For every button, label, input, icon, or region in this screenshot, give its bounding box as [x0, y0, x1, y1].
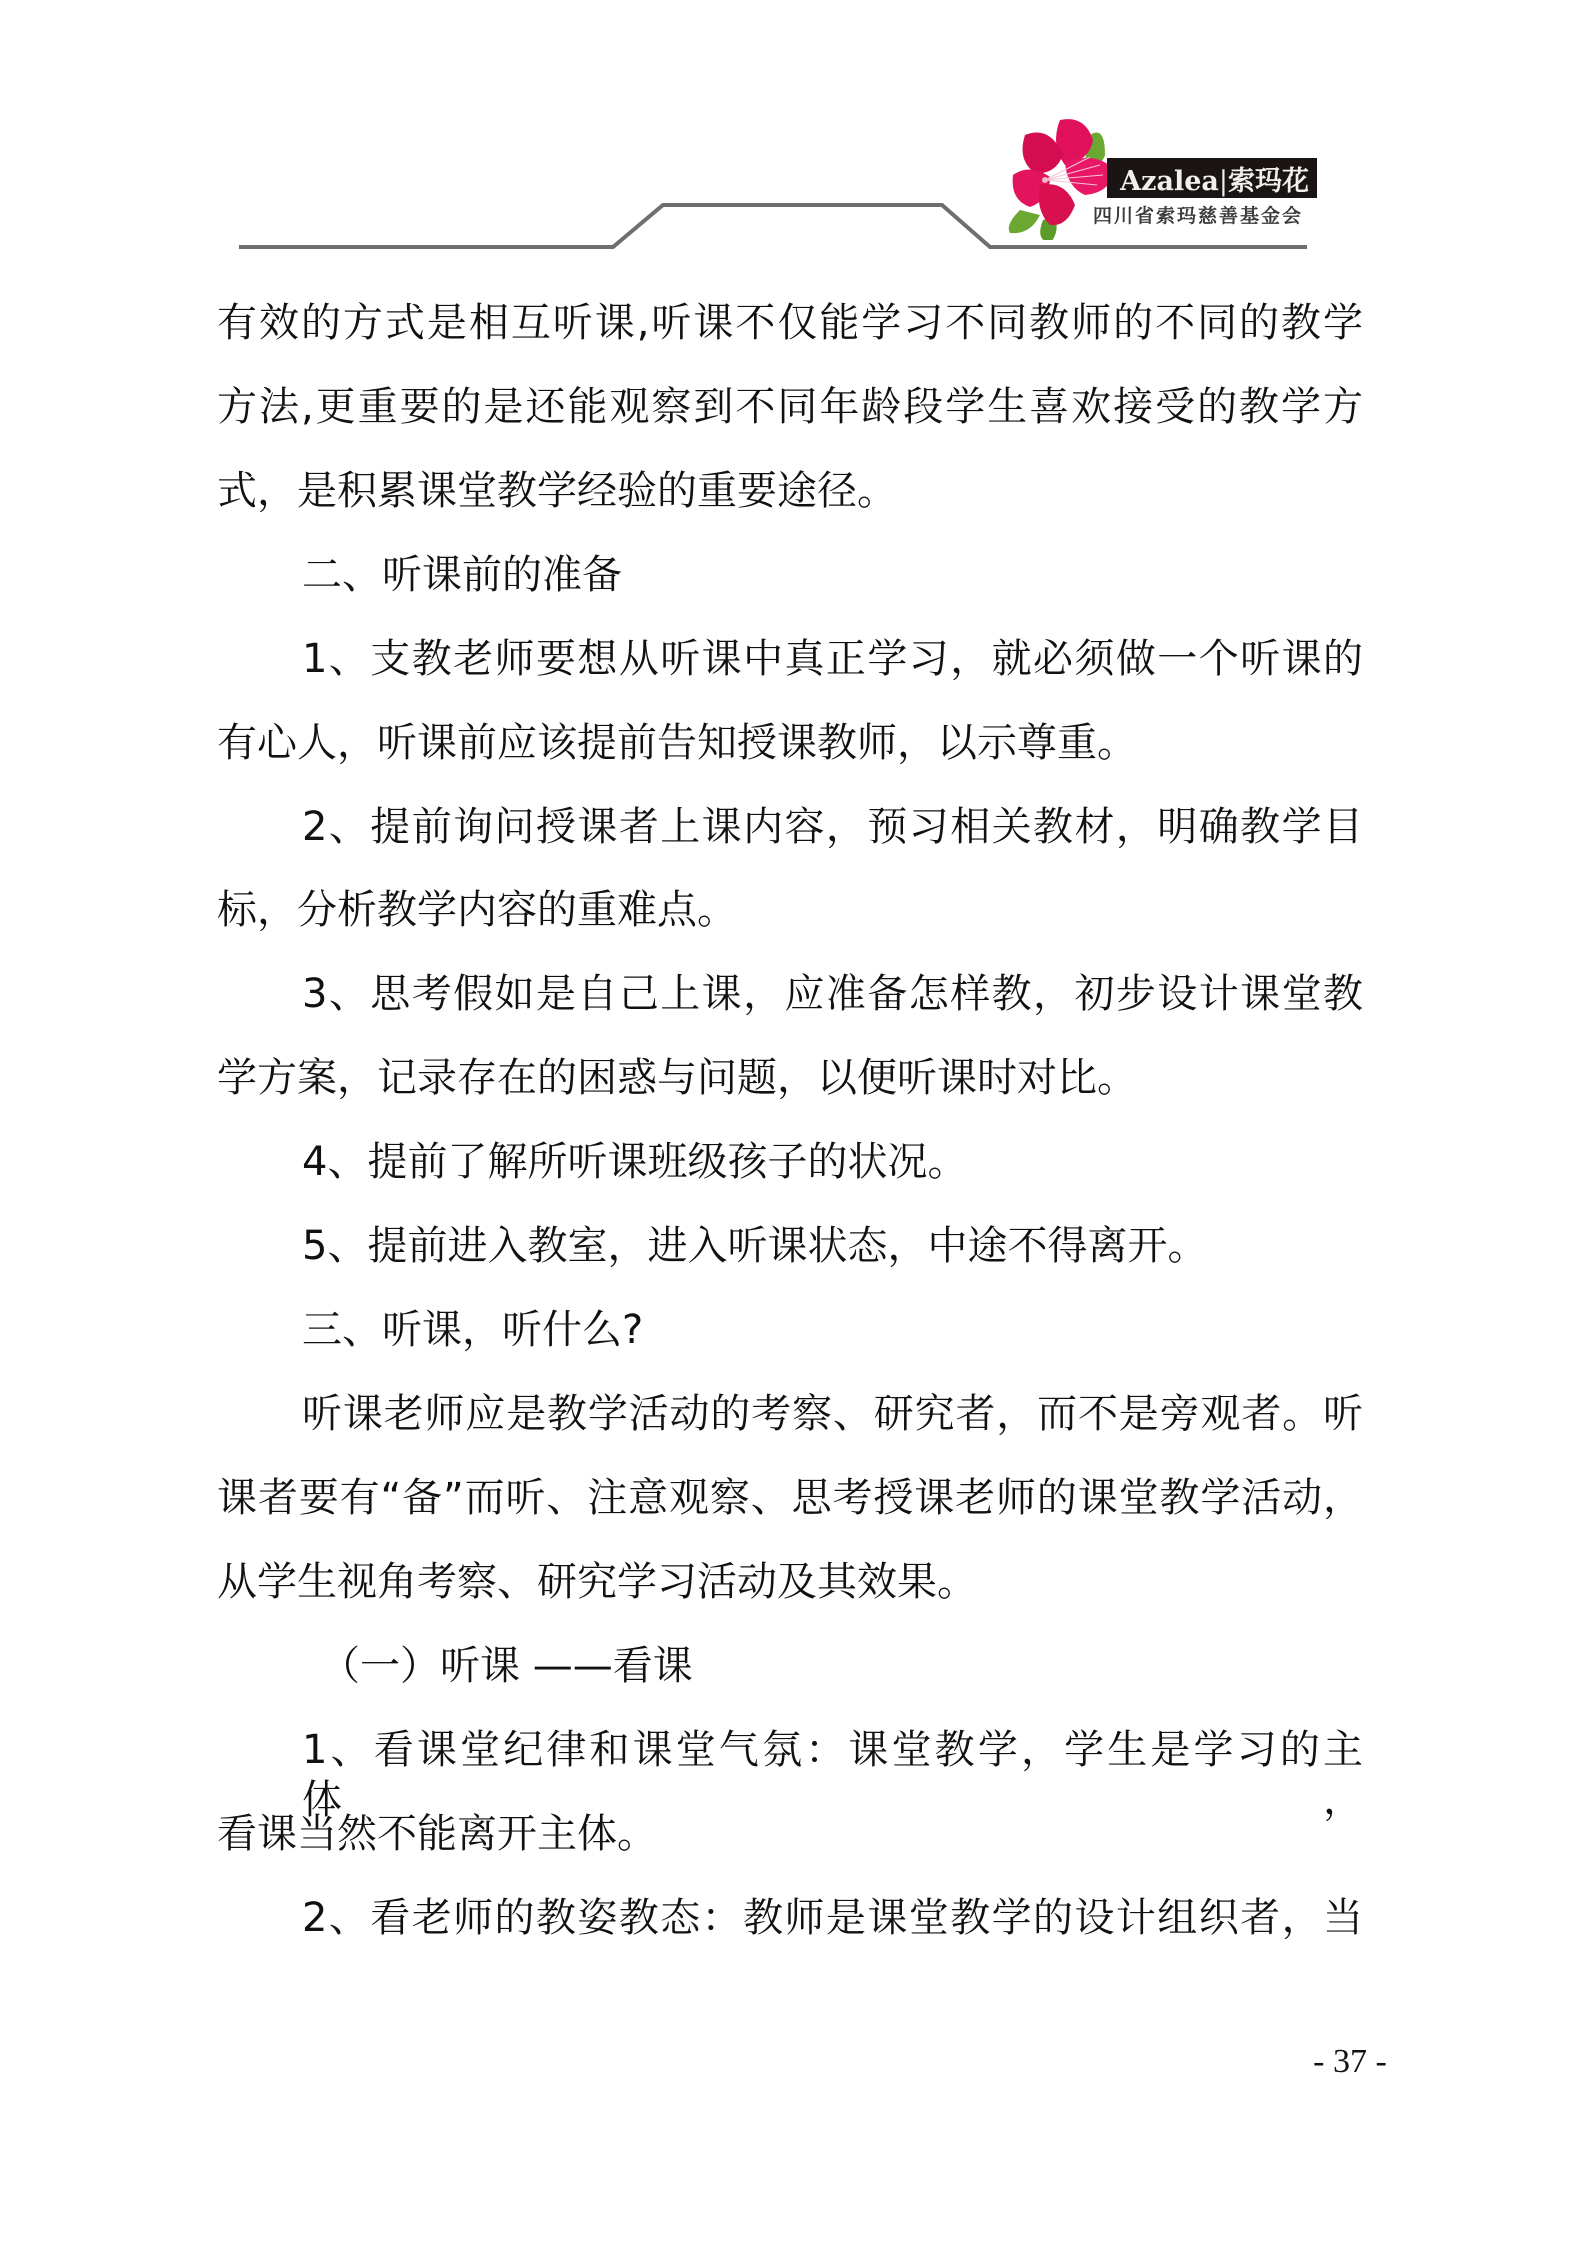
body-line: 看课当然不能离开主体。 — [217, 1809, 1363, 1859]
body-line: 2、看老师的教姿教态：教师是课堂教学的设计组织者，当 — [302, 1893, 1363, 1943]
body-line: 有效的方式是相互听课,听课不仅能学习不同教师的不同的教学 — [217, 298, 1363, 348]
body-line: 1、看课堂纪律和课堂气氛：课堂教学，学生是学习的主体， — [302, 1725, 1363, 1775]
body-line: 2、提前询问授课者上课内容，预习相关教材，明确教学目 — [302, 802, 1363, 852]
foundation-logo: Azalea|索玛花 四川省索玛慈善基金会 — [1005, 115, 1325, 245]
logo-banner: Azalea|索玛花 — [1107, 158, 1317, 198]
logo-brand-text: Azalea|索玛花 — [1120, 159, 1309, 198]
section-heading: 二、听课前的准备 — [302, 550, 1363, 600]
body-line: 3、思考假如是自己上课，应准备怎样教，初步设计课堂教 — [302, 969, 1363, 1019]
body-line: 4、提前了解所听课班级孩子的状况。 — [302, 1137, 1363, 1187]
body-line: 5、提前进入教室，进入听课状态，中途不得离开。 — [302, 1221, 1363, 1271]
body-line: 式，是积累课堂教学经验的重要途径。 — [217, 466, 1363, 516]
body-line: 1、支教老师要想从听课中真正学习，就必须做一个听课的 — [302, 634, 1363, 684]
body-line: 课者要有“备”而听、注意观察、思考授课老师的课堂教学活动， — [217, 1473, 1363, 1523]
body-line: 有心人，听课前应该提前告知授课教师，以示尊重。 — [217, 718, 1363, 768]
logo-subtitle: 四川省索玛慈善基金会 — [1093, 203, 1313, 229]
page-number: - 37 - — [1300, 2042, 1400, 2082]
body-line: 听课老师应是教学活动的考察、研究者，而不是旁观者。听 — [302, 1389, 1363, 1439]
subsection-heading: （一）听课 ——看课 — [320, 1641, 1363, 1691]
section-heading: 三、听课，听什么? — [302, 1305, 1363, 1355]
body-line: 方法,更重要的是还能观察到不同年龄段学生喜欢接受的教学方 — [217, 382, 1363, 432]
header-rule — [0, 0, 1587, 280]
document-page: Azalea|索玛花 四川省索玛慈善基金会 有效的方式是相互听课,听课不仅能学习… — [0, 0, 1587, 2245]
body-line: 学方案，记录存在的困惑与问题，以便听课时对比。 — [217, 1053, 1363, 1103]
body-line: 标，分析教学内容的重难点。 — [217, 885, 1363, 935]
body-line: 从学生视角考察、研究学习活动及其效果。 — [217, 1557, 1363, 1607]
